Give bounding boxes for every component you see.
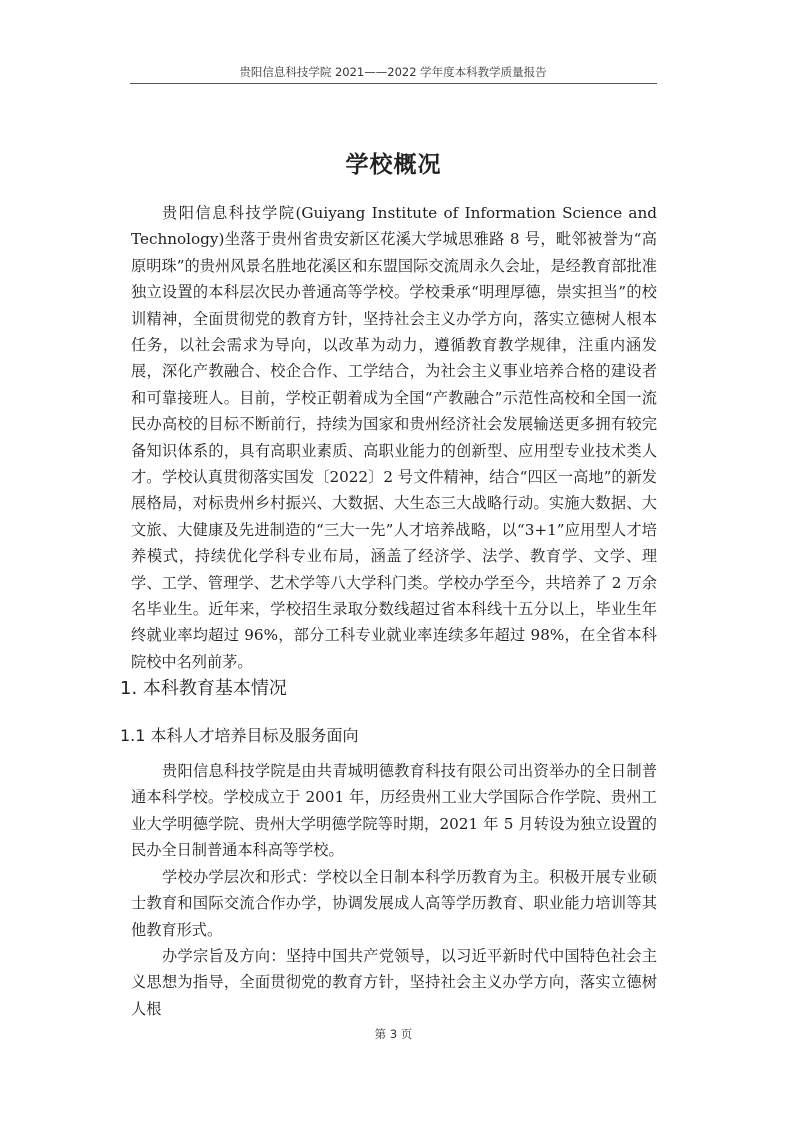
intro-paragraph-2: 学校认真贯彻落实国发〔2022〕2 号文件精神，结合“四区一高地”的新发展格局，…	[131, 464, 657, 675]
document-page: 贵阳信息科技学院 2021——2022 学年度本科教学质量报告 学校概况 贵阳信…	[0, 0, 793, 1122]
body-paragraph-2: 学校办学层次和形式：学校以全日制本科学历教育为主。积极开展专业硕士教育和国际交流…	[131, 864, 657, 943]
header-rule	[130, 83, 657, 84]
running-header: 贵阳信息科技学院 2021——2022 学年度本科教学质量报告	[130, 64, 656, 80]
subsection-heading-1-1: 1.1 本科人才培养目标及服务面向	[120, 723, 359, 746]
section-heading-1: 1. 本科教育基本情况	[120, 674, 287, 700]
body-paragraph-3: 办学宗旨及方向：坚持中国共产党领导，以习近平新时代中国特色社会主义思想为指导，全…	[131, 943, 657, 1022]
intro-paragraph-1: 贵阳信息科技学院(Guiyang Institute of Informatio…	[131, 200, 657, 490]
page-number: 第 3 页	[130, 1026, 657, 1042]
body-paragraph-1: 贵阳信息科技学院是由共青城明德教育科技有限公司出资举办的全日制普通本科学校。学校…	[131, 758, 657, 864]
page-title: 学校概况	[130, 146, 657, 179]
